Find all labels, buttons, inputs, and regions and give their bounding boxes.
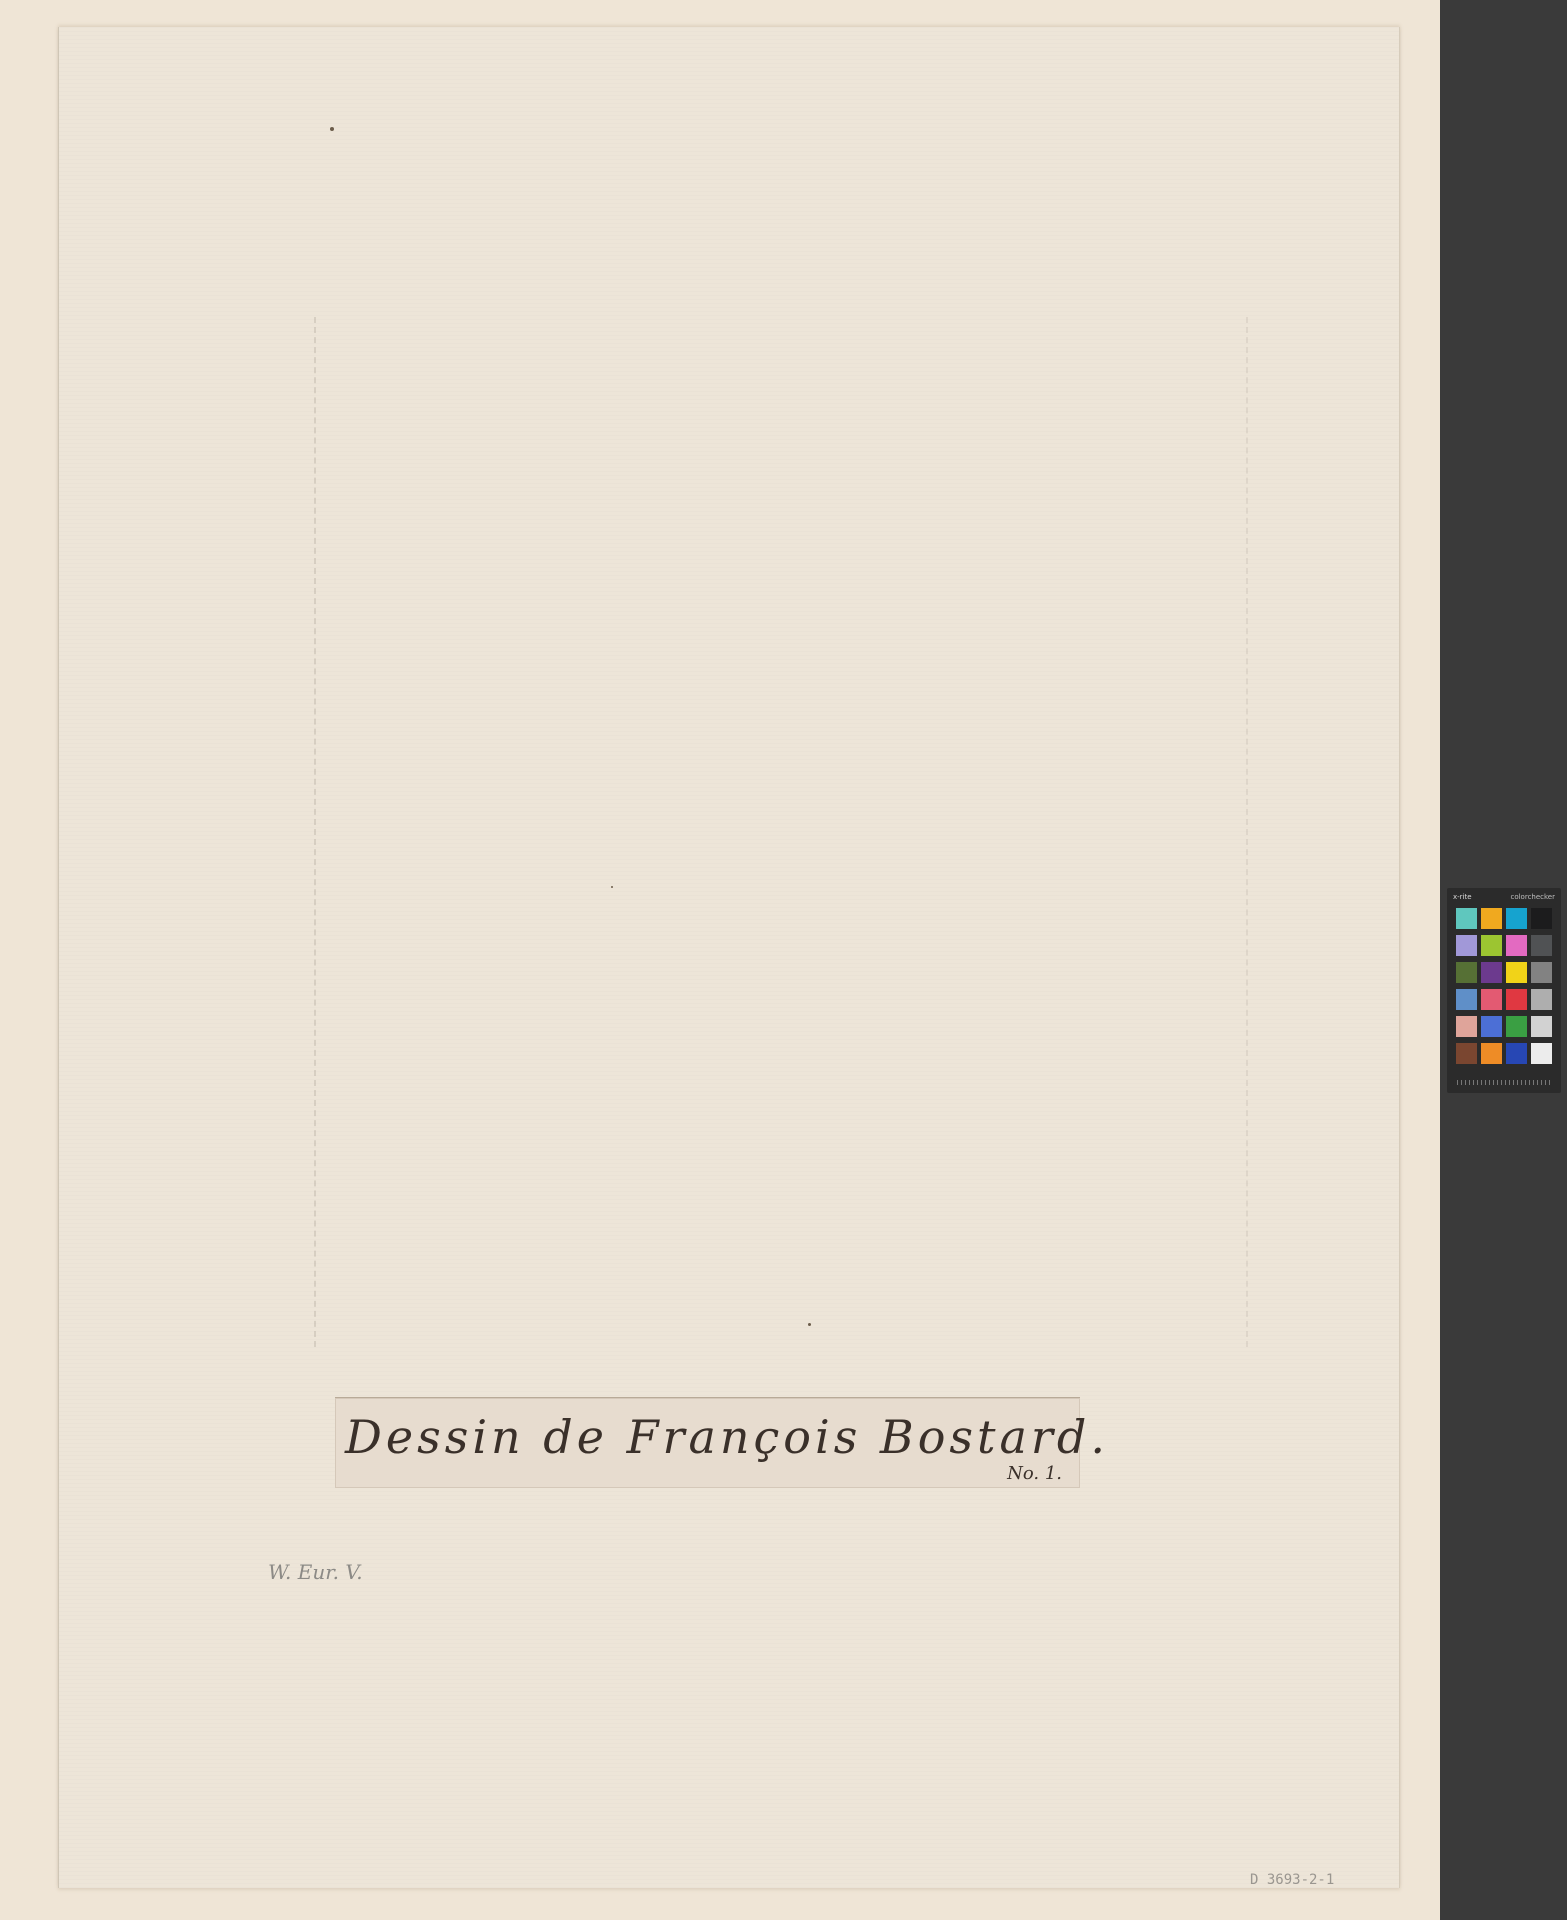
- color-patch: [1456, 1043, 1477, 1064]
- color-patch: [1506, 1016, 1527, 1037]
- color-patch: [1531, 962, 1552, 983]
- paper-speck: [808, 1323, 811, 1326]
- color-patch: [1456, 989, 1477, 1010]
- checker-title: colorchecker: [1510, 893, 1555, 901]
- color-patch: [1456, 908, 1477, 929]
- color-patch: [1481, 908, 1502, 929]
- paper-sheet: [58, 27, 1400, 1888]
- checker-grid: [1456, 908, 1552, 1064]
- paper-speck: [611, 886, 613, 888]
- color-patch: [1506, 908, 1527, 929]
- color-patch: [1531, 935, 1552, 956]
- color-patch: [1481, 935, 1502, 956]
- inscription-number: No. 1.: [1007, 1463, 1062, 1484]
- color-patch: [1456, 935, 1477, 956]
- color-checker: x-rite colorchecker: [1447, 888, 1561, 1093]
- color-patch: [1481, 1016, 1502, 1037]
- color-patch: [1531, 1043, 1552, 1064]
- color-patch: [1531, 1016, 1552, 1037]
- checker-brand: x-rite: [1453, 893, 1472, 901]
- color-patch: [1456, 962, 1477, 983]
- color-patch: [1481, 1043, 1502, 1064]
- color-patch: [1531, 989, 1552, 1010]
- paper-speck: [330, 127, 334, 131]
- plate-mark: [314, 317, 1248, 1347]
- color-patch: [1531, 908, 1552, 929]
- color-patch: [1506, 962, 1527, 983]
- color-patch: [1456, 1016, 1477, 1037]
- accession-number: D 3693-2-1: [1250, 1872, 1334, 1888]
- color-patch: [1481, 989, 1502, 1010]
- color-patch: [1506, 935, 1527, 956]
- inscription-label: Dessin de François Bostard. No. 1.: [335, 1397, 1080, 1488]
- color-patch: [1506, 989, 1527, 1010]
- pencil-annotation: W. Eur. V.: [268, 1560, 363, 1584]
- color-patch: [1506, 1043, 1527, 1064]
- checker-scale: [1457, 1080, 1551, 1085]
- inscription-text: Dessin de François Bostard.: [345, 1410, 1070, 1464]
- color-patch: [1481, 962, 1502, 983]
